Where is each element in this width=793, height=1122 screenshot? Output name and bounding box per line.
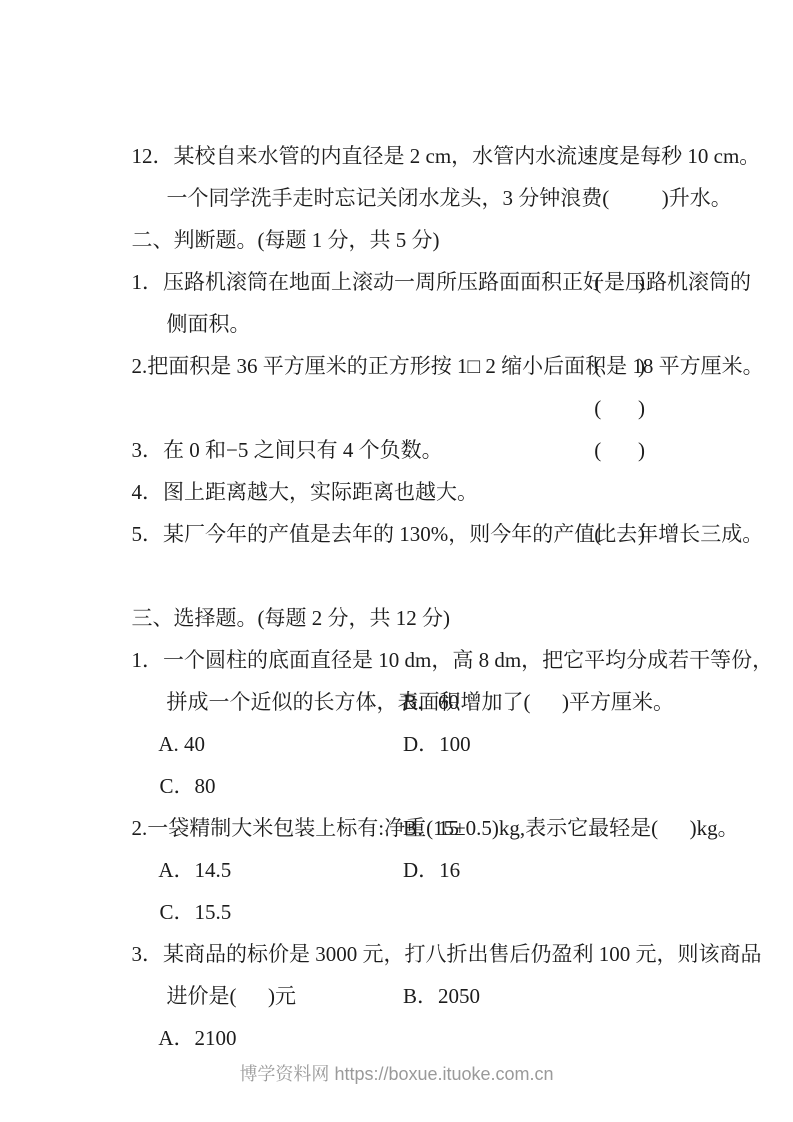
judge-question-2-answer-bracket: ( ) bbox=[594, 345, 645, 387]
choice-question-1-option-b: B．60 bbox=[403, 681, 459, 723]
choice-question-3-line-1: 3．某商品的标价是 3000 元，打八折出售后仍盈利 100 元，则该商品 bbox=[100, 891, 733, 933]
judge-question-5-line-1: 5．某厂今年的产值是去年的 130%，则今年的产值比去年增长三成。 bbox=[100, 471, 733, 513]
judge-question-4-line-1: 4．图上距离越大，实际距离也越大。 ( ) bbox=[100, 429, 733, 471]
choice-question-2-options-row-1: A．14.5 B．15 bbox=[100, 807, 733, 849]
footer-watermark: 博学资料网 https://boxue.ituoke.com.cn bbox=[0, 1062, 793, 1086]
choice-question-1-line-2: 拼成一个近似的长方体，表面积增加了( )平方厘米。 bbox=[100, 639, 733, 681]
judge-question-5-answer-line: ( ) bbox=[100, 513, 733, 555]
judge-question-1-line-1: 1．压路机滚筒在地面上滚动一周所压路面面积正好是压路机滚筒的 bbox=[100, 219, 733, 261]
judge-question-1-answer-bracket: ( ) bbox=[594, 261, 645, 303]
choice-question-2-line-1: 2.一袋精制大米包装上标有:净重(15±0.5)kg,表示它最轻是( )kg。 bbox=[100, 765, 733, 807]
judge-question-3-line-1: 3．在 0 和−5 之间只有 4 个负数。 ( ) bbox=[100, 387, 733, 429]
choice-question-3-line-2: 进价是( )元 bbox=[100, 933, 733, 975]
judge-question-2-answer-line: ( ) bbox=[100, 345, 733, 387]
choice-section-heading: 三、选择题。(每题 2 分，共 12 分) bbox=[100, 555, 733, 597]
choice-question-2-option-d: D．16 bbox=[403, 849, 460, 891]
choice-question-3-option-a: A．2100 bbox=[158, 1026, 236, 1050]
judge-question-2-line-1: 2.把面积是 36 平方厘米的正方形按 1□ 2 缩小后面积是 18 平方厘米。 bbox=[100, 303, 733, 345]
choice-question-1-options-row-2: C．80 D．100 bbox=[100, 723, 733, 765]
footer-watermark-link[interactable]: 博学资料网 https://boxue.ituoke.com.cn bbox=[239, 1064, 553, 1084]
choice-question-3-option-b: B．2050 bbox=[403, 975, 480, 1017]
judge-question-4-answer-bracket: ( ) bbox=[594, 429, 645, 471]
judge-question-3-answer-bracket: ( ) bbox=[594, 387, 645, 429]
choice-question-2-option-b: B．15 bbox=[403, 807, 459, 849]
choice-question-1-option-d: D．100 bbox=[403, 723, 471, 765]
question-12-line-2: 一个同学洗手走时忘记关闭水龙头，3 分钟浪费( )升水。 bbox=[100, 135, 733, 177]
exam-body: 12．某校自来水管的内直径是 2 cm，水管内水流速度是每秒 10 cm。 一个… bbox=[100, 93, 733, 1017]
choice-question-1-options-row-1: A. 40 B．60 bbox=[100, 681, 733, 723]
judge-section-heading: 二、判断题。(每题 1 分，共 5 分) bbox=[100, 177, 733, 219]
choice-question-1-line-1: 1．一个圆柱的底面直径是 10 dm，高 8 dm，把它平均分成若干等份， bbox=[100, 597, 733, 639]
judge-question-5-answer-bracket: ( ) bbox=[594, 513, 645, 555]
judge-question-1-line-2: 侧面积。 ( ) bbox=[100, 261, 733, 303]
choice-question-2-options-row-2: C．15.5 D．16 bbox=[100, 849, 733, 891]
exam-document-page: 12．某校自来水管的内直径是 2 cm，水管内水流速度是每秒 10 cm。 一个… bbox=[0, 0, 793, 1122]
question-12-line-1: 12．某校自来水管的内直径是 2 cm，水管内水流速度是每秒 10 cm。 bbox=[100, 93, 733, 135]
choice-question-3-options-row-1: A．2100 B．2050 bbox=[100, 975, 733, 1017]
